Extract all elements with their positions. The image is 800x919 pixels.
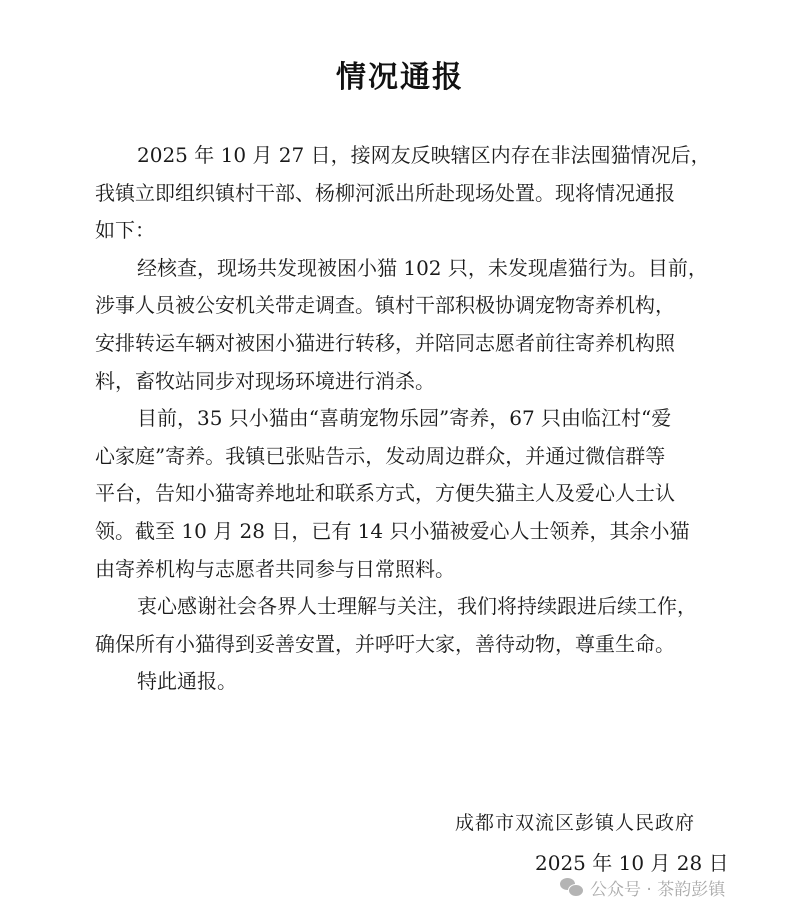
text-line: 衷心感谢社会各界人士理解与关注，我们将持续跟进后续工作， — [95, 588, 725, 626]
text-line: 特此通报。 — [95, 663, 725, 701]
text-line: 确保所有小猫得到妥善安置，并呼吁大家，善待动物，尊重生命。 — [95, 626, 725, 664]
document-body: 2025 年 10 月 27 日，接网友反映辖区内存在非法囤猫情况后， 我镇立即… — [95, 137, 725, 701]
text-line: 平台，告知小猫寄养地址和联系方式，方便失猫主人及爱心人士认 — [95, 475, 725, 513]
text-line: 如下： — [95, 212, 725, 250]
text-line: 经核查，现场共发现被困小猫 102 只，未发现虐猫行为。目前， — [95, 250, 725, 288]
text-line: 安排转运车辆对被困小猫进行转移，并陪同志愿者前往寄养机构照 — [95, 325, 725, 363]
text-line: 涉事人员被公安机关带走调查。镇村干部积极协调宠物寄养机构， — [95, 287, 725, 325]
text-line: 由寄养机构与志愿者共同参与日常照料。 — [95, 551, 725, 589]
text-line: 心家庭”寄养。我镇已张贴告示，发动周边群众，并通过微信群等 — [95, 438, 725, 476]
paragraph-5: 特此通报。 — [95, 663, 725, 701]
paragraph-1: 2025 年 10 月 27 日，接网友反映辖区内存在非法囤猫情况后， 我镇立即… — [95, 137, 725, 250]
text-line: 我镇立即组织镇村干部、杨柳河派出所赴现场处置。现将情况通报 — [95, 175, 725, 213]
watermark-label: 公众号 · 茶韵彭镇 — [590, 875, 725, 900]
paragraph-3: 目前，35 只小猫由“喜萌宠物乐园”寄养，67 只由临江村“爱 心家庭”寄养。我… — [95, 400, 725, 588]
paragraph-4: 衷心感谢社会各界人士理解与关注，我们将持续跟进后续工作， 确保所有小猫得到妥善安… — [95, 588, 725, 663]
issue-date: 2025 年 10 月 28 日 — [535, 847, 729, 876]
text-line: 领。截至 10 月 28 日，已有 14 只小猫被爱心人士领养，其余小猫 — [95, 513, 725, 551]
paragraph-2: 经核查，现场共发现被困小猫 102 只，未发现虐猫行为。目前， 涉事人员被公安机… — [95, 250, 725, 400]
document-title: 情况通报 — [0, 52, 800, 96]
wechat-icon — [560, 878, 584, 898]
text-line: 料，畜牧站同步对现场环境进行消杀。 — [95, 363, 725, 401]
text-line: 2025 年 10 月 27 日，接网友反映辖区内存在非法囤猫情况后， — [95, 137, 725, 175]
wechat-watermark: 公众号 · 茶韵彭镇 — [560, 875, 725, 900]
text-line: 目前，35 只小猫由“喜萌宠物乐园”寄养，67 只由临江村“爱 — [95, 400, 725, 438]
issuer-signature: 成都市双流区彭镇人民政府 — [455, 808, 695, 835]
